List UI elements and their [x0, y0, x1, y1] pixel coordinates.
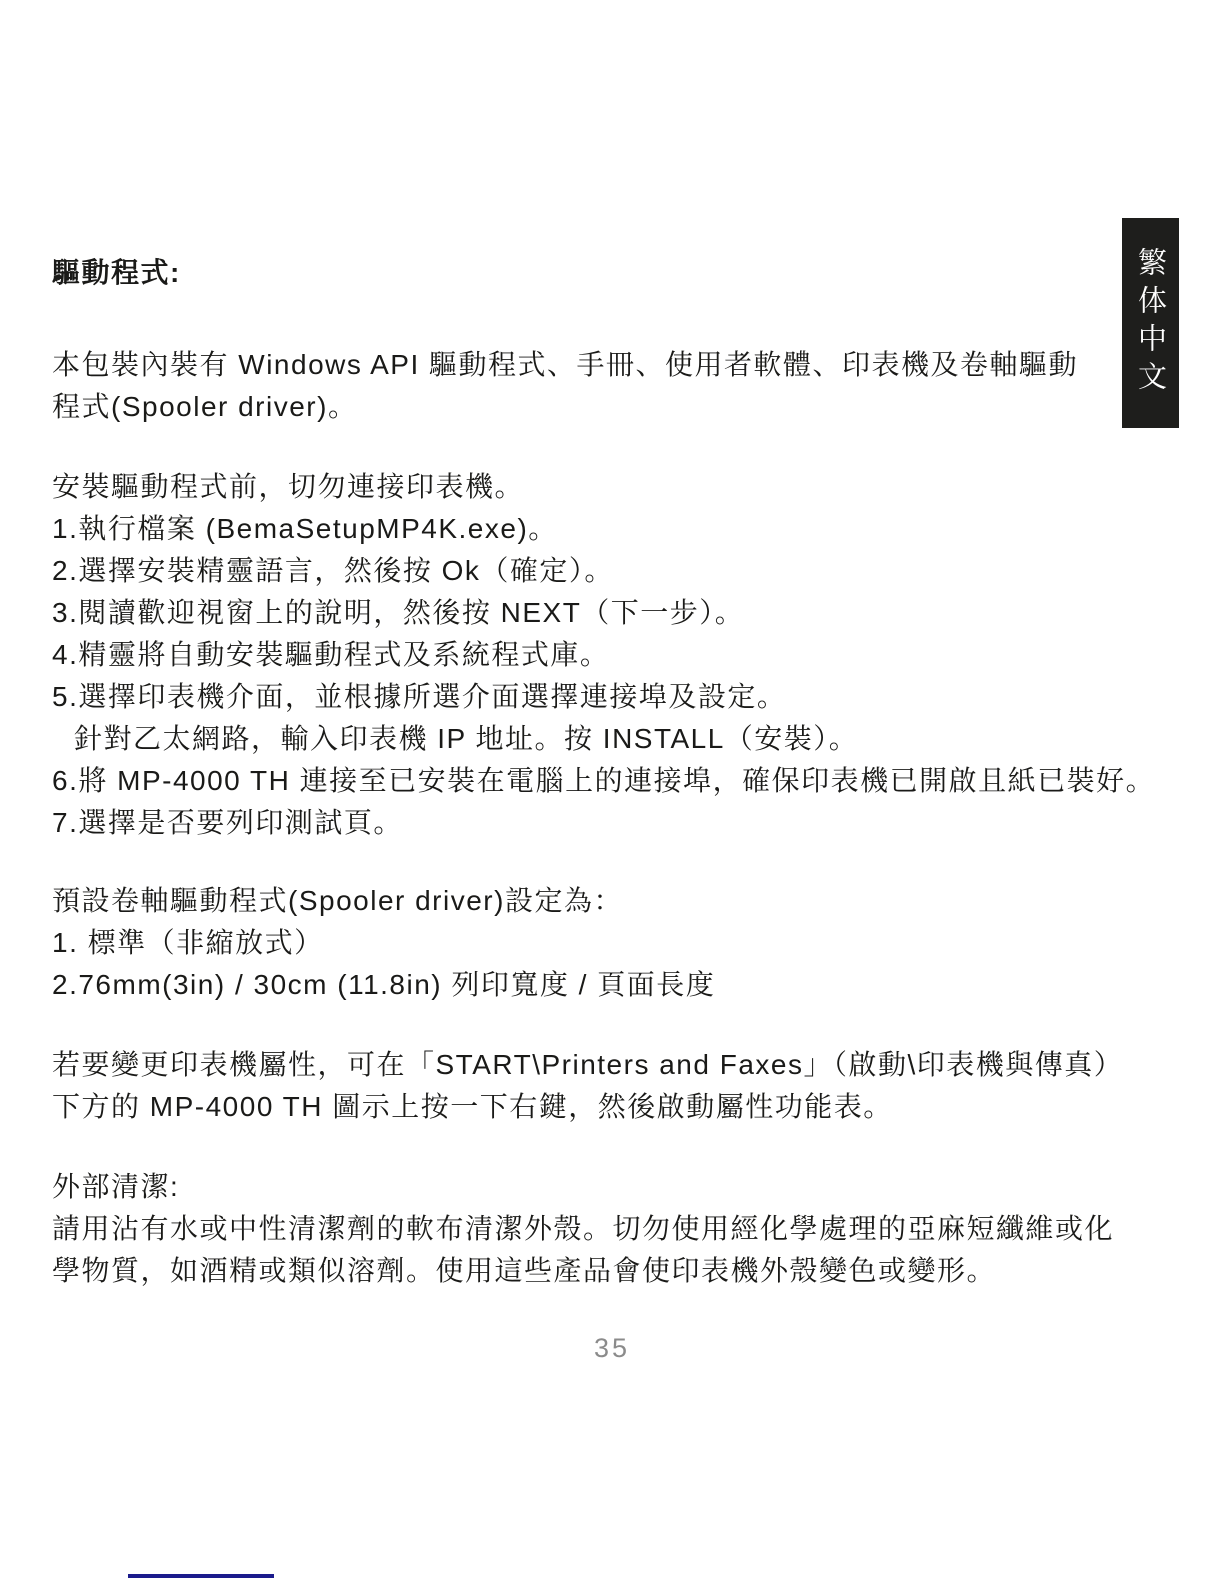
text-line: 2.選擇安裝精靈語言，然後按 Ok（確定）。: [52, 550, 1162, 592]
printer-properties-paragraph: 若要變更印表機屬性，可在「START\Printers and Faxes」（啟…: [52, 1044, 1162, 1128]
text-line: 安裝驅動程式前，切勿連接印表機。: [52, 466, 1162, 508]
bottom-rule: [128, 1574, 274, 1578]
text-line: 外部清潔:: [52, 1166, 1162, 1208]
text-line: 3.閱讀歡迎視窗上的說明，然後按 NEXT（下一步）。: [52, 592, 1162, 634]
intro-paragraph: 本包裝內裝有 Windows API 驅動程式、手冊、使用者軟體、印表機及卷軸驅…: [52, 344, 1162, 428]
page-number: 35: [0, 1328, 1224, 1368]
text-line: 下方的 MP-4000 TH 圖示上按一下右鍵，然後啟動屬性功能表。: [52, 1086, 1162, 1128]
install-steps-paragraph: 安裝驅動程式前，切勿連接印表機。 1.執行檔案 (BemaSetupMP4K.e…: [52, 466, 1162, 844]
manual-page: 繁体中文 驅動程式: 本包裝內裝有 Windows API 驅動程式、手冊、使用…: [0, 0, 1224, 1584]
text-line: 5.選擇印表機介面，並根據所選介面選擇連接埠及設定。: [52, 676, 1162, 718]
cleaning-paragraph: 外部清潔: 請用沾有水或中性清潔劑的軟布清潔外殼。切勿使用經化學處理的亞麻短纖維…: [52, 1166, 1162, 1292]
text-line: 本包裝內裝有 Windows API 驅動程式、手冊、使用者軟體、印表機及卷軸驅…: [52, 344, 1162, 386]
page-content: 驅動程式: 本包裝內裝有 Windows API 驅動程式、手冊、使用者軟體、印…: [52, 252, 1162, 1292]
text-line: 若要變更印表機屬性，可在「START\Printers and Faxes」（啟…: [52, 1044, 1162, 1086]
text-line: 1. 標準（非縮放式）: [52, 922, 1162, 964]
text-line: 6.將 MP-4000 TH 連接至已安裝在電腦上的連接埠，確保印表機已開啟且紙…: [52, 760, 1162, 802]
text-line: 學物質，如酒精或類似溶劑。使用這些產品會使印表機外殼變色或變形。: [52, 1250, 1162, 1292]
text-line: 2.76mm(3in) / 30cm (11.8in) 列印寬度 / 頁面長度: [52, 964, 1162, 1006]
text-line: 1.執行檔案 (BemaSetupMP4K.exe)。: [52, 508, 1162, 550]
text-line: 4.精靈將自動安裝驅動程式及系統程式庫。: [52, 634, 1162, 676]
text-line: 程式(Spooler driver)。: [52, 386, 1162, 428]
spooler-defaults-paragraph: 預設卷軸驅動程式(Spooler driver)設定為： 1. 標準（非縮放式）…: [52, 880, 1162, 1006]
text-line: 請用沾有水或中性清潔劑的軟布清潔外殼。切勿使用經化學處理的亞麻短纖維或化: [52, 1208, 1162, 1250]
text-line: 預設卷軸驅動程式(Spooler driver)設定為：: [52, 880, 1162, 922]
section-title-driver: 驅動程式:: [52, 252, 1162, 294]
text-line: 針對乙太網路，輸入印表機 IP 地址。按 INSTALL（安裝）。: [52, 718, 1162, 760]
text-line: 7.選擇是否要列印測試頁。: [52, 802, 1162, 844]
